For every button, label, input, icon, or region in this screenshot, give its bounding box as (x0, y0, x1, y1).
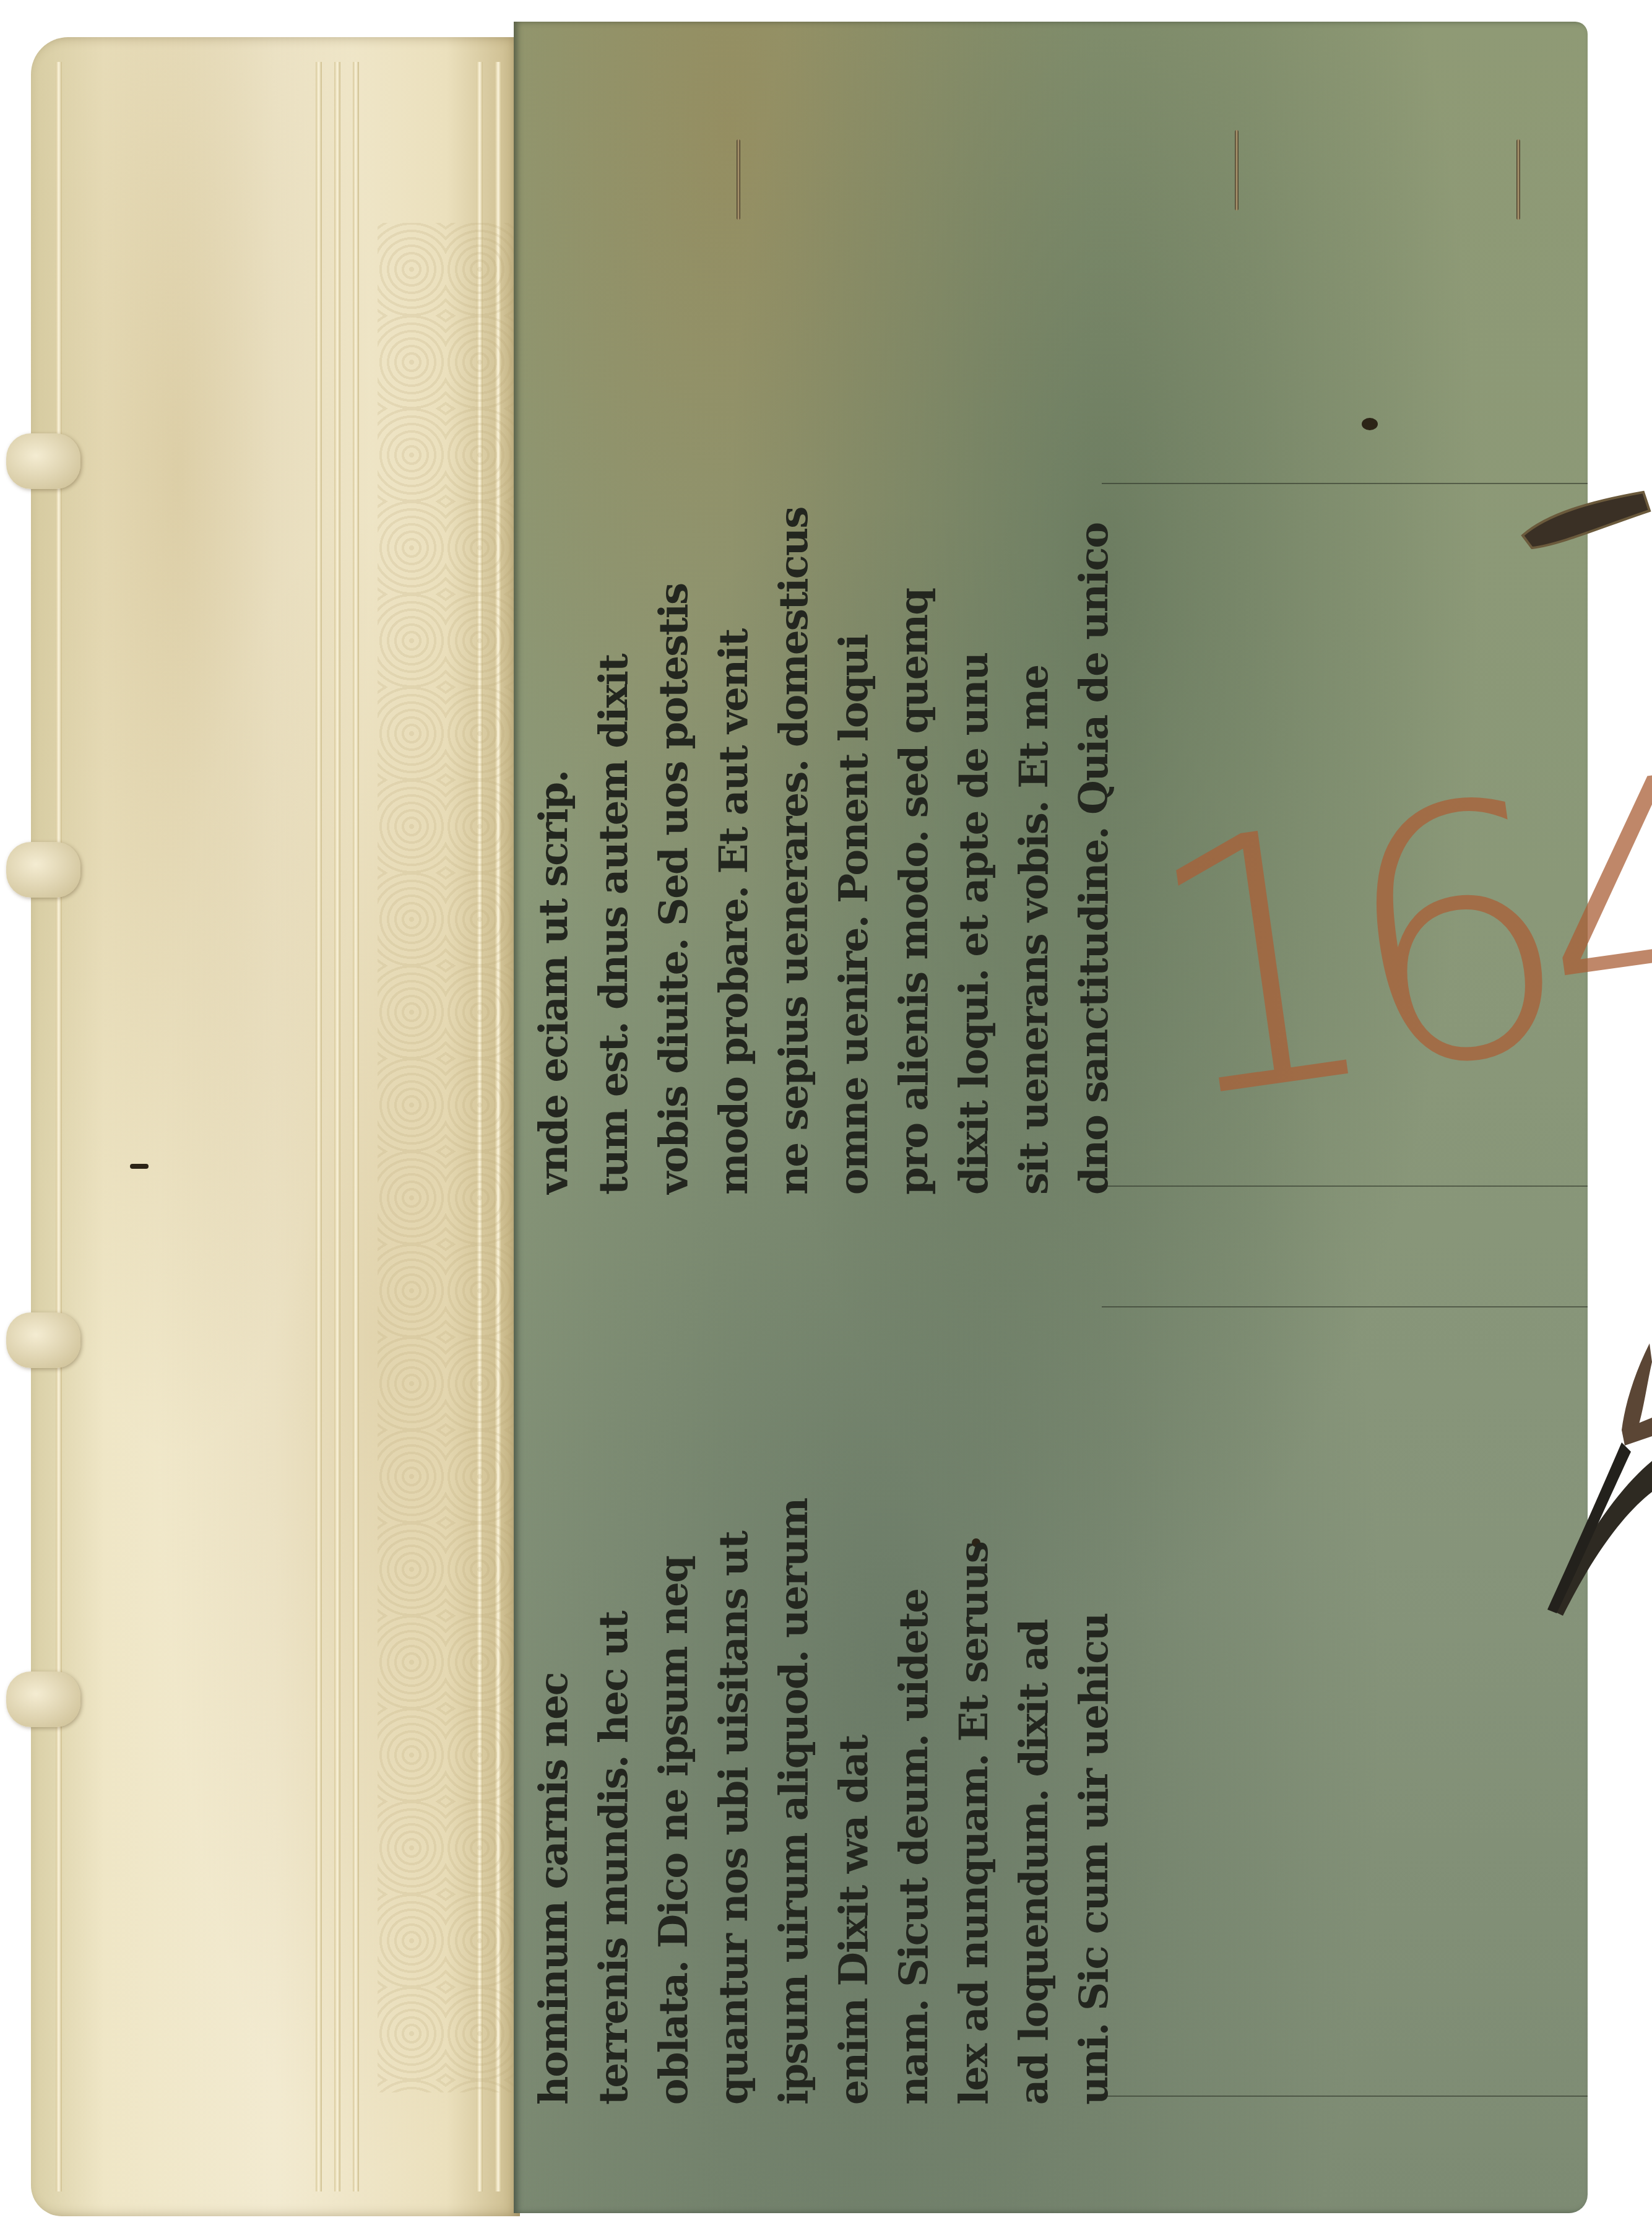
raised-band (6, 842, 80, 898)
manuscript-line: uni. Sic cum uir uehicu (1063, 1306, 1125, 2105)
manuscript-line: vnde eciam ut scrip. (523, 483, 585, 1195)
manuscript-line: enim Dixit wa dat (823, 1306, 885, 2105)
manuscript-line: ad loquendum. dixit ad (1003, 1306, 1065, 2105)
manuscript-line: quantur nos ubi uisitans ut (703, 1306, 765, 2105)
upper-tie-stub (1510, 477, 1652, 557)
manuscript-line: hominum carnis nec (523, 1306, 585, 2105)
manuscript-line: vobis diuite. Sed uos potestis (643, 483, 705, 1195)
spine-fillet (316, 62, 322, 2191)
spine-fillet (353, 62, 359, 2191)
spine-fillet (334, 62, 340, 2191)
manuscript-line: modo probare. Et aut venit (703, 483, 765, 1195)
spine-fillet (56, 62, 62, 2191)
raised-band (6, 1671, 80, 1727)
manuscript-line: dno sanctitudine. Quia de unico (1063, 483, 1125, 1195)
manuscript-line: terrenis mundis. hec ut (583, 1306, 645, 2105)
floral-roll-decoration (378, 223, 514, 2092)
ruling-line (1102, 1306, 1588, 1307)
manuscript-line: lex ad nunquam. Et seruus (943, 1306, 1005, 2105)
vellum-spine (31, 37, 520, 2216)
lower-manuscript-text-block: hominum carnis nec terrenis mundis. hec … (523, 1306, 1130, 2105)
ruling-line (1102, 2096, 1588, 2097)
manuscript-line: pro alienis modo. sed quemq (883, 483, 945, 1195)
shelfmark-number: 164 (1122, 706, 1564, 1200)
ink-mark (130, 1164, 149, 1169)
manuscript-line: dixit loqui. et apte de unu (943, 483, 1005, 1195)
manuscript-line: nam. Sicut deum. uidete (883, 1306, 945, 2105)
lower-tie (1510, 1337, 1652, 1634)
manuscript-line: tum est. dnus autem dixit (583, 483, 645, 1195)
ruling-line (1102, 1186, 1588, 1187)
sewing-slit (1516, 139, 1520, 220)
raised-band (6, 433, 80, 489)
raised-band (6, 1312, 80, 1368)
manuscript-line: sit uenerans vobis. Et me (1003, 483, 1065, 1195)
sewing-slit (737, 139, 740, 220)
manuscript-line: oblata. Dico ne ipsum neq (643, 1306, 705, 2105)
book-photograph: vnde eciam ut scrip. tum est. dnus autem… (0, 0, 1652, 2228)
manuscript-line: ipsum uirum aliquod. uerum (763, 1306, 825, 2105)
manuscript-line: omne uenire. Ponent loqui (823, 483, 885, 1195)
upper-manuscript-text-block: vnde eciam ut scrip. tum est. dnus autem… (523, 483, 1130, 1195)
sewing-slit (1235, 130, 1239, 210)
stain (1362, 418, 1378, 430)
manuscript-line: ne sepius uenerares. domesticus (763, 483, 825, 1195)
